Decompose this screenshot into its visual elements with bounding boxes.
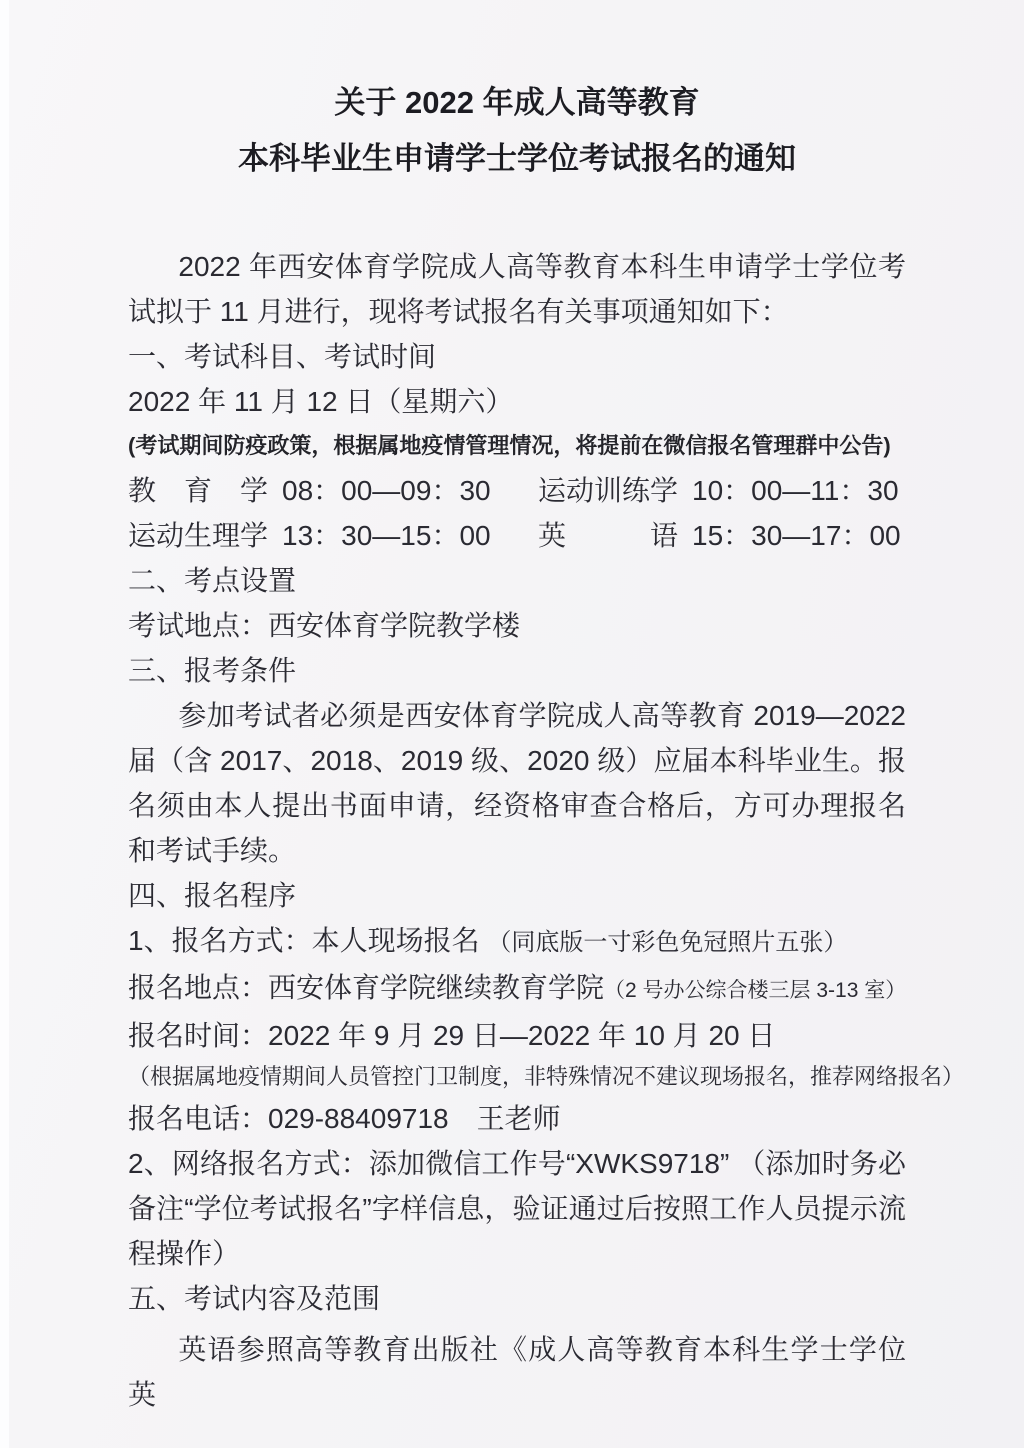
exam-schedule: 教 育 学08：00—09：30 运动训练学10：00—11：30 运动生理学1…	[128, 468, 906, 558]
subject-name: 运动训练学	[538, 468, 678, 513]
registration-place-label: 报名地点：西安体育学院继续教育学院	[128, 972, 604, 1003]
section2-heading: 二、考点设置	[128, 558, 906, 603]
registration-time: 报名时间：2022 年 9 月 29 日—2022 年 10 月 20 日	[128, 1013, 906, 1058]
subject-time: 08：00—09：30	[282, 475, 491, 506]
covid-policy-note: (考试期间防疫政策，根据属地疫情管理情况，将提前在微信报名管理群中公告)	[128, 427, 906, 465]
exam-location: 考试地点：西安体育学院教学楼	[128, 603, 906, 648]
section1-heading: 一、考试科目、考试时间	[128, 334, 906, 379]
section3-heading: 三、报考条件	[128, 648, 906, 693]
subject-time: 10：00—11：30	[692, 475, 899, 506]
scanned-notice-page: 关于 2022 年成人高等教育 本科毕业生申请学士学位考试报名的通知 2022 …	[0, 0, 1024, 1448]
section4-heading: 四、报名程序	[128, 873, 906, 918]
schedule-cell-sports-physiology: 运动生理学13：30—15：00	[128, 513, 538, 558]
section5-heading: 五、考试内容及范围	[128, 1276, 906, 1321]
subject-name: 运动生理学	[128, 513, 268, 558]
intro-paragraph: 2022 年西安体育学院成人高等教育本科生申请学士学位考试拟于 11 月进行，现…	[128, 244, 906, 334]
registration-phone: 报名电话：029-88409718 王老师	[128, 1096, 906, 1141]
schedule-cell-education: 教 育 学08：00—09：30	[128, 468, 538, 513]
registration-place-note: （2 号办公综合楼三层 3-13 室）	[604, 979, 906, 1002]
subject-name: 教 育 学	[128, 468, 268, 513]
eligibility-paragraph: 参加考试者必须是西安体育学院成人高等教育 2019—2022 届（含 2017、…	[128, 693, 906, 873]
doc-title-line1: 关于 2022 年成人高等教育	[128, 80, 906, 126]
online-registration-paragraph: 2、网络报名方式：添加微信工作号“XWKS9718” （添加时务必备注“学位考试…	[128, 1141, 906, 1276]
registration-place-line: 报名地点：西安体育学院继续教育学院（2 号办公综合楼三层 3-13 室）	[128, 965, 906, 1013]
schedule-cell-english: 英 语15：30—17：00	[538, 513, 906, 558]
registration-method-note: （同底版一寸彩色免冠照片五张）	[487, 929, 847, 956]
subject-time: 13：30—15：00	[282, 520, 491, 551]
content-scope-paragraph: 英语参照高等教育出版社《成人高等教育本科生学士学位英	[128, 1327, 906, 1417]
subject-time: 15：30—17：00	[692, 520, 901, 551]
doc-title-line2: 本科毕业生申请学士学位考试报名的通知	[128, 136, 906, 182]
registration-method-line: 1、报名方式：本人现场报名 （同底版一寸彩色免冠照片五张）	[128, 918, 906, 965]
registration-covid-note: （根据属地疫情期间人员管控门卫制度，非特殊情况不建议现场报名，推荐网络报名）	[128, 1058, 906, 1096]
subject-name: 英 语	[538, 513, 678, 558]
exam-date: 2022 年 11 月 12 日（星期六）	[128, 379, 906, 424]
schedule-cell-sports-training: 运动训练学10：00—11：30	[538, 468, 906, 513]
registration-method-label: 1、报名方式：本人现场报名	[128, 925, 487, 956]
